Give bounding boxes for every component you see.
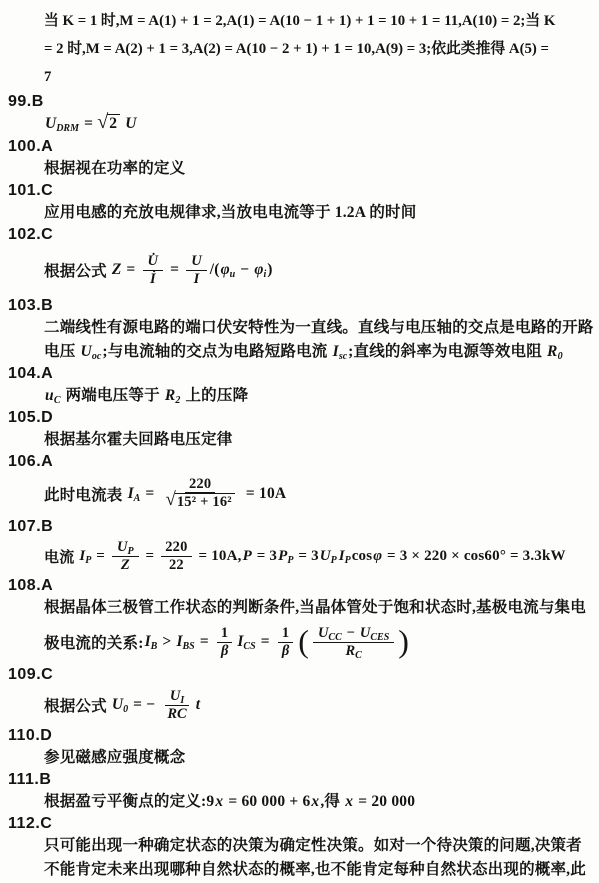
answer-number-100: 100.A bbox=[6, 136, 593, 157]
answer-number-110: 110.D bbox=[6, 725, 593, 746]
math-variable: Z bbox=[112, 261, 121, 279]
subscript: CES bbox=[370, 632, 389, 643]
subscript: 2 bbox=[175, 395, 180, 406]
answer-number-102: 102.C bbox=[6, 224, 593, 245]
explanation-line: 当 K = 1 时,M = A(1) + 1 = 2,A(1) = A(10 −… bbox=[44, 7, 593, 35]
radical-sign: √ bbox=[165, 491, 175, 510]
math-variable: Uoc bbox=[80, 343, 101, 360]
answer-number-105: 105.D bbox=[6, 407, 593, 428]
subscript: P bbox=[85, 555, 91, 566]
answer-text-105: 根据基尔霍夫回路电压定律 bbox=[6, 428, 593, 451]
answer-text-112-line2: 不能肯定未来出现哪种自然状态的概率,也不能肯定每种自然状态出现的概率,此 bbox=[6, 858, 593, 882]
radicand: 2 bbox=[107, 114, 120, 133]
subscript: C bbox=[54, 395, 61, 406]
fraction: 22022 bbox=[161, 539, 191, 573]
math-variable: RC bbox=[167, 706, 186, 722]
subscript: 0 bbox=[123, 704, 128, 715]
answer-item-107: 107.B 电流 IP = UPZ = 22022 = 10A,P = 3PP … bbox=[6, 516, 593, 575]
answer-item-110: 110.D 参见磁感应强度概念 bbox=[6, 725, 593, 769]
answer-text-100: 根据视在功率的定义 bbox=[6, 157, 593, 180]
math-variable: UCC bbox=[318, 625, 342, 641]
radical-sign: √ bbox=[97, 112, 108, 132]
math-variable: Isc bbox=[333, 343, 348, 360]
answer-item-105: 105.D 根据基尔霍夫回路电压定律 bbox=[6, 407, 593, 451]
text-run: = bbox=[257, 633, 274, 651]
fraction: UPZ bbox=[112, 539, 139, 573]
math-variable: İ bbox=[150, 271, 156, 287]
answer-text-108-line1: 根据晶体三极管工作状态的判断条件,当晶体管处于饱和状态时,基极电流与集电 bbox=[6, 596, 593, 620]
subscript: 0 bbox=[558, 351, 563, 362]
denominator: √15² + 16² bbox=[161, 493, 238, 512]
text-run: 220 bbox=[165, 539, 187, 555]
text-run: = 3 bbox=[294, 548, 318, 565]
answer-text-103-line2: 电压 Uoc;与电流轴的交点为电路短路电流 Isc;直线的斜率为电源等效电阻 R… bbox=[6, 340, 593, 363]
text-run: 根据公式 bbox=[44, 259, 111, 281]
text-run: cos bbox=[352, 548, 373, 565]
numerator: UP bbox=[112, 539, 139, 557]
subscript: I bbox=[180, 695, 184, 706]
text-run: = bbox=[142, 548, 159, 565]
answer-formula-109: 根据公式 U0 = − UIRCt bbox=[6, 685, 593, 725]
text-run: 电流 bbox=[44, 546, 78, 567]
numerator: 1 bbox=[217, 625, 232, 643]
math-variable: IP bbox=[339, 548, 351, 565]
denominator: β bbox=[216, 643, 233, 660]
parenthesis: ) bbox=[398, 625, 409, 657]
math-variable: U bbox=[125, 115, 136, 133]
fraction: UI bbox=[186, 253, 206, 287]
math-variable: uC bbox=[45, 387, 61, 404]
answer-formula-107: 电流 IP = UPZ = 22022 = 10A,P = 3PP = 3UPI… bbox=[6, 537, 593, 575]
answer-formula-102: 根据公式 Z = U̇İ = UI/(φu − φi) bbox=[6, 245, 593, 295]
subscript: B bbox=[151, 641, 158, 652]
subscript: BS bbox=[183, 641, 195, 652]
text-run: − bbox=[236, 261, 253, 279]
text-run: = bbox=[122, 261, 139, 279]
explanation-line: 7 bbox=[44, 63, 593, 91]
subscript: CS bbox=[243, 641, 255, 652]
text-run: ;直线的斜率为电源等效电阻 bbox=[348, 343, 546, 360]
math-variable: R2 bbox=[165, 387, 181, 404]
math-variable: φi bbox=[254, 261, 266, 279]
answer-formula-106: 此时电流表 IA = 220√15² + 16² = 10A bbox=[6, 472, 593, 516]
text-run: = 10A, bbox=[195, 548, 242, 565]
math-variable: R0 bbox=[547, 343, 563, 360]
math-variable: RC bbox=[345, 643, 361, 659]
math-variable: φ bbox=[373, 548, 382, 565]
text-run: = bbox=[141, 485, 158, 503]
math-variable: UDRM bbox=[45, 115, 79, 133]
math-variable: β bbox=[221, 643, 228, 659]
answer-number-106: 106.A bbox=[6, 451, 593, 472]
text-run: = 20 000 bbox=[354, 793, 415, 810]
text-run: 此时电流表 bbox=[44, 483, 127, 505]
answer-number-99: 99.B bbox=[6, 91, 593, 112]
answer-item-111: 111.B 根据盈亏平衡点的定义:9x = 60 000 + 6x,得 x = … bbox=[6, 769, 593, 813]
answer-number-108: 108.A bbox=[6, 575, 593, 596]
answer-text-112-line1: 只可能出现一种确定状态的决策为确定性决策。如对一个待决策的问题,决策者 bbox=[6, 834, 593, 858]
text-run: = bbox=[196, 633, 213, 651]
text-run: ) bbox=[267, 261, 272, 279]
numerator: 220 bbox=[161, 539, 191, 557]
math-variable: UP bbox=[117, 539, 134, 555]
denominator: Z bbox=[116, 557, 135, 574]
subscript: DRM bbox=[56, 123, 79, 134]
math-variable: x bbox=[345, 793, 353, 810]
math-variable: x bbox=[215, 793, 223, 810]
denominator: 22 bbox=[165, 557, 188, 574]
numerator: UI bbox=[165, 688, 189, 706]
answer-item-108: 108.A 根据晶体三极管工作状态的判断条件,当晶体管处于饱和状态时,基极电流与… bbox=[6, 575, 593, 664]
math-variable: IA bbox=[128, 485, 141, 503]
answer-number-111: 111.B bbox=[6, 769, 593, 790]
text-run bbox=[120, 115, 124, 133]
answer-text-104: uC 两端电压等于 R2 上的压降 bbox=[6, 384, 593, 407]
math-variable: Z bbox=[121, 557, 130, 573]
math-variable: U̇ bbox=[148, 253, 158, 269]
answer-item-100: 100.A 根据视在功率的定义 bbox=[6, 136, 593, 180]
subscript: P bbox=[345, 555, 351, 566]
fraction: 1β bbox=[216, 625, 233, 659]
subscript: CC bbox=[328, 632, 341, 643]
parenthesis: ( bbox=[298, 625, 309, 657]
text-run: /( bbox=[210, 261, 220, 279]
fraction: UIRC bbox=[162, 688, 191, 722]
text-run: 15² + 16² bbox=[177, 494, 232, 510]
math-variable: β bbox=[282, 643, 289, 659]
denominator: RC bbox=[162, 706, 191, 723]
math-variable: ICS bbox=[237, 633, 255, 651]
subscript: sc bbox=[339, 351, 347, 362]
math-variable: UI bbox=[170, 688, 184, 704]
text-run: 22 bbox=[169, 557, 184, 573]
text-run: − bbox=[343, 625, 359, 641]
text-run: 两端电压等于 bbox=[62, 387, 164, 404]
subscript: P bbox=[127, 546, 133, 557]
text-run: 1 bbox=[221, 625, 228, 641]
text-run: = 10A bbox=[242, 485, 286, 503]
fraction: UCC − UCESRC bbox=[313, 625, 394, 659]
answer-item-101: 101.C 应用电感的充放电规律求,当放电电流等于 1.2A 的时间 bbox=[6, 180, 593, 224]
numerator: 1 bbox=[278, 625, 293, 643]
subscript: u bbox=[230, 269, 236, 280]
answer-text-103-line1: 二端线性有源电路的端口伏安特性为一直线。直线与电压轴的交点是电路的开路 bbox=[6, 316, 593, 340]
answer-formula-99: UDRM = √2 U bbox=[6, 112, 593, 136]
numerator: U̇ bbox=[143, 253, 163, 271]
text-run: = bbox=[166, 261, 183, 279]
math-variable: x bbox=[311, 793, 319, 810]
subscript: i bbox=[263, 269, 266, 280]
numerator: U bbox=[186, 253, 206, 271]
numerator: 220 bbox=[185, 476, 215, 494]
subscript: C bbox=[355, 650, 362, 661]
math-variable: U bbox=[191, 253, 201, 269]
denominator: β bbox=[277, 643, 294, 660]
denominator: RC bbox=[340, 643, 366, 660]
answer-item-104: 104.A uC 两端电压等于 R2 上的压降 bbox=[6, 363, 593, 407]
answer-item-109: 109.C 根据公式 U0 = − UIRCt bbox=[6, 664, 593, 725]
answer-number-107: 107.B bbox=[6, 516, 593, 537]
text-run: = 60 000 + 6 bbox=[224, 793, 310, 810]
fraction: U̇İ bbox=[143, 253, 163, 287]
answer-number-104: 104.A bbox=[6, 363, 593, 384]
explanation-line: = 2 时,M = A(2) + 1 = 3,A(2) = A(10 − 2 +… bbox=[44, 35, 593, 63]
fraction: 1β bbox=[277, 625, 294, 659]
answer-text-110: 参见磁感应强度概念 bbox=[6, 746, 593, 769]
text-run: 1 bbox=[282, 625, 289, 641]
subscript: P bbox=[331, 555, 337, 566]
text-run: = 3 bbox=[253, 548, 277, 565]
square-root: √15² + 16² bbox=[165, 493, 234, 512]
answer-item-112: 112.C 只可能出现一种确定状态的决策为确定性决策。如对一个待决策的问题,决策… bbox=[6, 813, 593, 882]
answer-item-102: 102.C 根据公式 Z = U̇İ = UI/(φu − φi) bbox=[6, 224, 593, 295]
subscript: A bbox=[134, 493, 141, 504]
text-run: ,得 bbox=[320, 793, 344, 810]
answer-key-page: 当 K = 1 时,M = A(1) + 1 = 2,A(1) = A(10 −… bbox=[0, 0, 599, 883]
text-run: 上的压降 bbox=[181, 387, 248, 404]
text-run: ;与电流轴的交点为电路短路电流 bbox=[102, 343, 331, 360]
subscript: oc bbox=[92, 351, 101, 362]
text-run: = 3 × 220 × cos60° = 3.3kW bbox=[383, 548, 566, 565]
answer-item-103: 103.B 二端线性有源电路的端口伏安特性为一直线。直线与电压轴的交点是电路的开… bbox=[6, 295, 593, 363]
math-variable: IP bbox=[79, 548, 91, 565]
answer-number-103: 103.B bbox=[6, 295, 593, 316]
answer-number-109: 109.C bbox=[6, 664, 593, 685]
math-variable: UP bbox=[320, 548, 337, 565]
math-variable: UCES bbox=[360, 625, 389, 641]
continued-explanation: 当 K = 1 时,M = A(1) + 1 = 2,A(1) = A(10 −… bbox=[6, 7, 593, 91]
text-run: 根据公式 bbox=[44, 694, 111, 716]
answer-formula-108: 极电流的关系:IB > IBS = 1βICS = 1β(UCC − UCESR… bbox=[6, 620, 593, 664]
numerator: UCC − UCES bbox=[313, 625, 394, 643]
answer-text-101: 应用电感的充放电规律求,当放电电流等于 1.2A 的时间 bbox=[6, 201, 593, 224]
text-run: 根据盈亏平衡点的定义:9 bbox=[44, 793, 214, 810]
answer-text-111: 根据盈亏平衡点的定义:9x = 60 000 + 6x,得 x = 20 000 bbox=[6, 790, 593, 813]
text-run: = bbox=[80, 115, 97, 133]
text-run: > bbox=[158, 633, 175, 651]
math-variable: I bbox=[194, 271, 200, 287]
math-variable: φu bbox=[221, 261, 236, 279]
subscript: P bbox=[287, 555, 293, 566]
math-variable: U0 bbox=[112, 696, 128, 714]
fraction: 220√15² + 16² bbox=[161, 476, 238, 513]
radicand: 15² + 16² bbox=[175, 493, 235, 511]
text-run: 极电流的关系: bbox=[44, 631, 144, 653]
square-root: √2 bbox=[97, 114, 120, 134]
text-run: 2 bbox=[109, 115, 117, 132]
math-variable: IBS bbox=[176, 633, 194, 651]
text-run: 220 bbox=[189, 476, 211, 492]
answer-item-99: 99.B UDRM = √2 U bbox=[6, 91, 593, 136]
denominator: I bbox=[189, 271, 205, 288]
math-variable: t bbox=[196, 696, 200, 714]
text-run: = − bbox=[129, 696, 159, 714]
math-variable: P bbox=[243, 548, 252, 565]
answer-item-106: 106.A 此时电流表 IA = 220√15² + 16² = 10A bbox=[6, 451, 593, 516]
answer-number-112: 112.C bbox=[6, 813, 593, 834]
denominator: İ bbox=[145, 271, 161, 288]
math-variable: PP bbox=[278, 548, 293, 565]
answer-number-101: 101.C bbox=[6, 180, 593, 201]
math-variable: IB bbox=[145, 633, 158, 651]
text-run: = bbox=[92, 548, 109, 565]
text-run: 电压 bbox=[44, 343, 79, 360]
